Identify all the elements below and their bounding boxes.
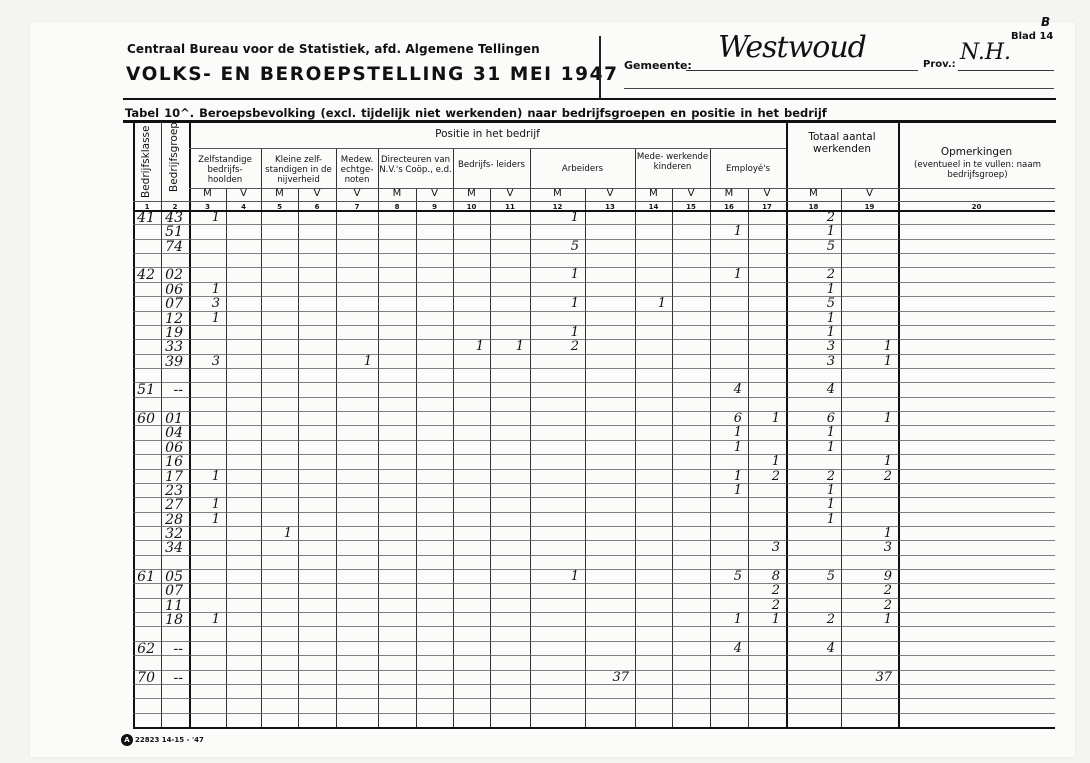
value-cell-col-17: 2 xyxy=(748,470,780,484)
col-bedrijfsleiders-header: Bedrijfs- leiders xyxy=(453,160,530,170)
table-title: Tabel 10^. Beroepsbevolking (excl. tijde… xyxy=(125,106,827,120)
value-cell-col-18: 2 xyxy=(786,613,835,627)
table-top-rule xyxy=(123,120,1056,123)
column-number: 14 xyxy=(635,202,672,212)
value-cell-col-16: 1 xyxy=(710,441,742,455)
column-number: 15 xyxy=(672,202,710,212)
column-number: 13 xyxy=(585,202,635,212)
value-cell-col-19: 9 xyxy=(841,570,892,584)
grid-hline xyxy=(189,148,786,149)
gemeente-underline xyxy=(686,70,918,71)
col-zelfstandige-header: Zelfstandige bedrijfs- hoolden xyxy=(189,155,261,185)
value-cell-col-18: 4 xyxy=(786,642,835,656)
value-cell-col-18: 6 xyxy=(786,412,835,426)
row-line xyxy=(133,411,1055,412)
row-line xyxy=(133,713,1055,714)
column-number: 16 xyxy=(710,202,748,212)
column-number: 6 xyxy=(298,202,336,212)
sex-label: V xyxy=(672,189,710,199)
row-line xyxy=(133,296,1055,297)
grid-vline xyxy=(672,188,673,727)
bedrijfsgroep-cell: 07 xyxy=(161,297,183,311)
sex-label: V xyxy=(416,189,453,199)
grid-vline xyxy=(490,188,491,727)
bedrijfsgroep-cell: 51 xyxy=(161,225,183,239)
bedrijfsklasse-cell: 62 xyxy=(133,642,155,656)
bedrijfsgroep-cell: 19 xyxy=(161,326,183,340)
value-cell-col-3: 1 xyxy=(189,470,220,484)
row-line xyxy=(133,512,1055,513)
grid-vline xyxy=(416,188,417,727)
value-cell-col-18: 3 xyxy=(786,340,835,354)
sex-label: M xyxy=(530,189,585,199)
bedrijfsklasse-cell: 51 xyxy=(133,383,155,397)
header-divider xyxy=(599,36,601,98)
bedrijfsgroep-cell: -- xyxy=(161,383,183,397)
value-cell-col-17: 3 xyxy=(748,541,780,555)
header-second-line xyxy=(624,88,1054,89)
bedrijfsgroep-cell: 16 xyxy=(161,455,183,469)
col-bedrijfsgroep-header: Bedrijfsgroep xyxy=(168,122,180,192)
value-cell-col-18: 4 xyxy=(786,383,835,397)
bedrijfsgroep-cell: 04 xyxy=(161,426,183,440)
row-line xyxy=(133,454,1055,455)
grid-vline xyxy=(298,188,299,727)
value-cell-col-19: 1 xyxy=(841,527,892,541)
value-cell-col-17: 2 xyxy=(748,584,780,598)
value-cell-col-16: 1 xyxy=(710,470,742,484)
value-cell-col-12: 1 xyxy=(530,326,579,340)
sex-label: V xyxy=(226,189,261,199)
col-kleine-header: Kleine zelf- standigen in de nijverheid xyxy=(261,155,336,185)
row-line xyxy=(133,483,1055,484)
value-cell-col-14: 1 xyxy=(635,297,666,311)
opmerkingen-header: Opmerkingen xyxy=(898,146,1055,158)
value-cell-col-3: 3 xyxy=(189,355,220,369)
value-cell-col-18: 1 xyxy=(786,441,835,455)
bedrijfsgroep-cell: 06 xyxy=(161,283,183,297)
col-medewerkende-header: Mede- werkende kinderen xyxy=(635,152,710,172)
value-cell-col-16: 1 xyxy=(710,268,742,282)
value-cell-col-18: 2 xyxy=(786,470,835,484)
value-cell-col-18: 1 xyxy=(786,312,835,326)
column-number: 4 xyxy=(226,202,261,212)
bedrijfsgroep-cell: 01 xyxy=(161,412,183,426)
row-line xyxy=(133,583,1055,584)
grid-vline xyxy=(585,188,586,727)
gemeente-value: Westwoud xyxy=(718,30,866,65)
sex-label: M xyxy=(189,189,226,199)
value-cell-col-18: 1 xyxy=(786,513,835,527)
province-value: N.H. xyxy=(960,40,1011,65)
value-cell-col-16: 4 xyxy=(710,383,742,397)
sex-label: V xyxy=(336,189,378,199)
bedrijfsgroep-cell: 02 xyxy=(161,268,183,282)
row-line xyxy=(133,497,1055,498)
value-cell-col-16: 4 xyxy=(710,642,742,656)
value-cell-col-16: 5 xyxy=(710,570,742,584)
value-cell-col-13: 37 xyxy=(585,671,629,685)
bedrijfsgroep-cell: 23 xyxy=(161,484,183,498)
value-cell-col-16: 1 xyxy=(710,613,742,627)
row-line xyxy=(133,382,1055,383)
totaal-header: Totaal aantal werkenden xyxy=(786,131,898,155)
bedrijfsgroep-cell: 43 xyxy=(161,211,183,225)
value-cell-col-11: 1 xyxy=(490,340,524,354)
value-cell-col-19: 1 xyxy=(841,412,892,426)
value-cell-col-5: 1 xyxy=(261,527,292,541)
row-line xyxy=(133,354,1055,355)
row-line xyxy=(133,612,1055,613)
value-cell-col-18: 3 xyxy=(786,355,835,369)
row-line xyxy=(133,282,1055,283)
value-cell-col-19: 37 xyxy=(841,671,892,685)
value-cell-col-10: 1 xyxy=(453,340,484,354)
sex-label: M xyxy=(261,189,298,199)
sex-label: V xyxy=(490,189,530,199)
row-line xyxy=(133,339,1055,340)
row-line xyxy=(133,641,1055,642)
value-cell-col-18: 5 xyxy=(786,240,835,254)
value-cell-col-19: 2 xyxy=(841,470,892,484)
sex-label: V xyxy=(841,189,898,199)
bedrijfsklasse-cell: 41 xyxy=(133,211,155,225)
value-cell-col-3: 1 xyxy=(189,283,220,297)
value-cell-col-7: 1 xyxy=(336,355,372,369)
column-number: 11 xyxy=(490,202,530,212)
row-line xyxy=(133,598,1055,599)
bedrijfsgroep-cell: 32 xyxy=(161,527,183,541)
column-number: 7 xyxy=(336,202,378,212)
sex-label: V xyxy=(748,189,786,199)
sex-label: M xyxy=(710,189,748,199)
row-line xyxy=(133,325,1055,326)
bedrijfsgroep-cell: 28 xyxy=(161,513,183,527)
value-cell-col-12: 2 xyxy=(530,340,579,354)
bedrijfsklasse-cell: 42 xyxy=(133,268,155,282)
positie-header: Positie in het bedrijf xyxy=(189,128,786,140)
gemeente-label: Gemeente: xyxy=(624,59,692,72)
bedrijfsgroep-cell: 27 xyxy=(161,498,183,512)
value-cell-col-19: 3 xyxy=(841,541,892,555)
row-line xyxy=(133,368,1055,369)
bedrijfsgroep-cell: -- xyxy=(161,642,183,656)
col-employes-header: Employé's xyxy=(710,164,786,174)
bedrijfsgroep-cell: 12 xyxy=(161,312,183,326)
value-cell-col-17: 1 xyxy=(748,613,780,627)
row-line xyxy=(133,569,1055,570)
value-cell-col-16: 1 xyxy=(710,426,742,440)
value-cell-col-18: 5 xyxy=(786,297,835,311)
sheet-number: Blad 14 xyxy=(1011,31,1053,42)
sex-label: M xyxy=(378,189,416,199)
province-label: Prov.: xyxy=(923,59,956,70)
value-cell-col-19: 1 xyxy=(841,355,892,369)
bedrijfsgroep-cell: 07 xyxy=(161,584,183,598)
census-title: VOLKS- EN BEROEPSTELLING 31 MEI 1947 xyxy=(126,64,619,85)
sex-label: M xyxy=(635,189,672,199)
value-cell-col-17: 8 xyxy=(748,570,780,584)
value-cell-col-18: 1 xyxy=(786,326,835,340)
value-cell-col-17: 1 xyxy=(748,412,780,426)
row-line xyxy=(133,655,1055,656)
bedrijfsgroep-cell: 17 xyxy=(161,470,183,484)
value-cell-col-3: 1 xyxy=(189,498,220,512)
column-number: 8 xyxy=(378,202,416,212)
row-line xyxy=(133,555,1055,556)
bedrijfsgroep-cell: 39 xyxy=(161,355,183,369)
bedrijfsgroep-cell: 74 xyxy=(161,240,183,254)
col-bedrijfsklasse-header: Bedrijfsklasse xyxy=(140,126,152,198)
col-medew-header: Medew. echtge- noten xyxy=(336,155,378,185)
row-line xyxy=(133,626,1055,627)
title-rule xyxy=(123,98,1056,100)
sheet-mark: B xyxy=(1041,15,1050,29)
value-cell-col-3: 1 xyxy=(189,312,220,326)
col-directeuren-header: Directeuren van N.V.'s Coöp., e.d. xyxy=(378,155,453,175)
table-bottom-rule xyxy=(133,727,1055,729)
sex-label: M xyxy=(786,189,841,199)
value-cell-col-19: 2 xyxy=(841,584,892,598)
row-line xyxy=(133,698,1055,699)
value-cell-col-18: 1 xyxy=(786,283,835,297)
row-line xyxy=(133,311,1055,312)
value-cell-col-18: 1 xyxy=(786,484,835,498)
bedrijfsgroep-cell: 18 xyxy=(161,613,183,627)
column-number: 20 xyxy=(898,202,1055,212)
value-cell-col-3: 3 xyxy=(189,297,220,311)
bedrijfsgroep-cell: 33 xyxy=(161,340,183,354)
value-cell-col-16: 6 xyxy=(710,412,742,426)
bedrijfsgroep-cell: -- xyxy=(161,671,183,685)
column-number: 10 xyxy=(453,202,490,212)
value-cell-col-19: 2 xyxy=(841,599,892,613)
row-line xyxy=(133,397,1055,398)
value-cell-col-12: 1 xyxy=(530,268,579,282)
row-line xyxy=(133,267,1055,268)
value-cell-col-18: 1 xyxy=(786,426,835,440)
sex-label: M xyxy=(453,189,490,199)
value-cell-col-16: 1 xyxy=(710,484,742,498)
value-cell-col-18: 2 xyxy=(786,211,835,225)
row-line xyxy=(133,440,1055,441)
value-cell-col-12: 1 xyxy=(530,211,579,225)
value-cell-col-18: 1 xyxy=(786,225,835,239)
bedrijfsgroep-cell: 06 xyxy=(161,441,183,455)
province-underline xyxy=(958,70,1054,71)
column-number: 5 xyxy=(261,202,298,212)
row-line xyxy=(133,253,1055,254)
value-cell-col-18: 2 xyxy=(786,268,835,282)
column-number: 17 xyxy=(748,202,786,212)
value-cell-col-18: 1 xyxy=(786,498,835,512)
row-line xyxy=(133,469,1055,470)
column-number: 19 xyxy=(841,202,898,212)
sex-label: V xyxy=(298,189,336,199)
value-cell-col-3: 1 xyxy=(189,513,220,527)
bedrijfsklasse-cell: 61 xyxy=(133,570,155,584)
value-cell-col-12: 1 xyxy=(530,570,579,584)
row-line xyxy=(133,425,1055,426)
col-arbeiders-header: Arbeiders xyxy=(530,164,635,174)
value-cell-col-17: 1 xyxy=(748,455,780,469)
column-number: 9 xyxy=(416,202,453,212)
bedrijfsklasse-cell: 70 xyxy=(133,671,155,685)
row-line xyxy=(133,224,1055,225)
value-cell-col-19: 1 xyxy=(841,340,892,354)
value-cell-col-3: 1 xyxy=(189,613,220,627)
bedrijfsgroep-cell: 34 xyxy=(161,541,183,555)
bedrijfsgroep-cell: 11 xyxy=(161,599,183,613)
value-cell-col-12: 1 xyxy=(530,297,579,311)
value-cell-col-17: 2 xyxy=(748,599,780,613)
grid-vline xyxy=(226,188,227,727)
value-cell-col-3: 1 xyxy=(189,211,220,225)
value-cell-col-16: 1 xyxy=(710,225,742,239)
sex-label: V xyxy=(585,189,635,199)
print-code: 22823 14-15 - '47 xyxy=(135,736,204,744)
value-cell-col-18: 5 xyxy=(786,570,835,584)
printer-logo-icon: A xyxy=(121,734,133,746)
organisation-name: Centraal Bureau voor de Statistiek, afd.… xyxy=(127,42,540,56)
bedrijfsgroep-cell: 05 xyxy=(161,570,183,584)
value-cell-col-19: 1 xyxy=(841,455,892,469)
value-cell-col-19: 1 xyxy=(841,613,892,627)
value-cell-col-12: 5 xyxy=(530,240,579,254)
bedrijfsklasse-cell: 60 xyxy=(133,412,155,426)
opmerkingen-note: (eventueel in te vullen: naam bedrijfsgr… xyxy=(910,160,1045,180)
row-line xyxy=(133,239,1055,240)
